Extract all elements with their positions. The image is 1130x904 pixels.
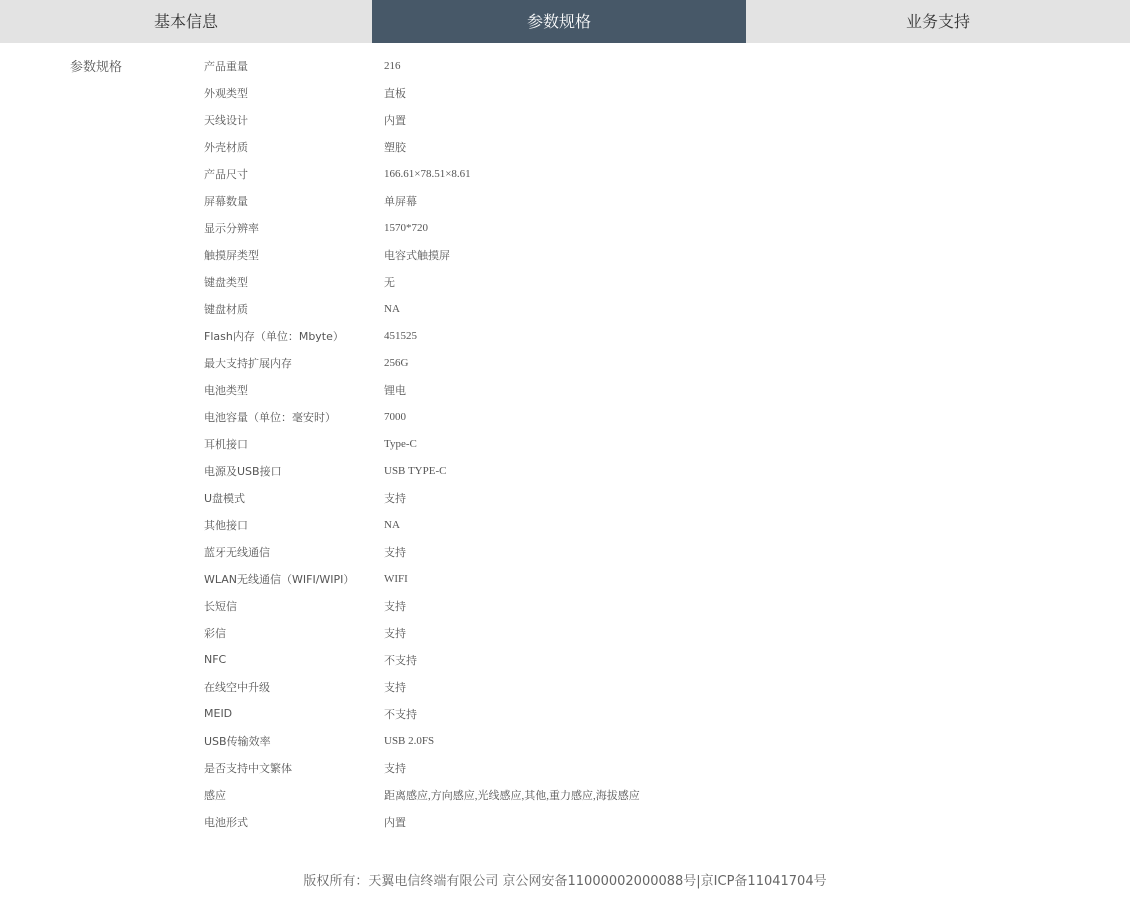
spec-row: 感应距离感应,方向感应,光线感应,其他,重力感应,海拔感应	[204, 781, 640, 808]
spec-key: 是否支持中文繁体	[204, 760, 384, 776]
spec-key: 产品重量	[204, 58, 384, 74]
spec-row: 最大支持扩展内存256G	[204, 349, 640, 376]
spec-key: 最大支持扩展内存	[204, 355, 384, 371]
spec-key: 屏幕数量	[204, 193, 384, 209]
spec-value: 166.61×78.51×8.61	[384, 168, 471, 180]
spec-key: 耳机接口	[204, 436, 384, 452]
spec-row: 是否支持中文繁体支持	[204, 754, 640, 781]
spec-row: 屏幕数量单屏幕	[204, 187, 640, 214]
spec-key: 电池形式	[204, 814, 384, 830]
footer-copyright: 版权所有：天翼电信终端有限公司 京公网安备11000002000088号|京IC…	[0, 870, 1130, 889]
spec-key: 键盘类型	[204, 274, 384, 290]
spec-key: MEID	[204, 707, 384, 720]
spec-row: 天线设计内置	[204, 106, 640, 133]
spec-row: 键盘材质NA	[204, 295, 640, 322]
spec-value: 单屏幕	[384, 193, 417, 209]
spec-value: 支持	[384, 679, 406, 695]
spec-key: 蓝牙无线通信	[204, 544, 384, 560]
spec-value: 内置	[384, 112, 406, 128]
spec-value: USB TYPE-C	[384, 465, 446, 477]
spec-row: 键盘类型无	[204, 268, 640, 295]
spec-value: NA	[384, 519, 400, 531]
spec-row: 外壳材质塑胶	[204, 133, 640, 160]
spec-row: 触摸屏类型电容式触摸屏	[204, 241, 640, 268]
spec-value: 支持	[384, 625, 406, 641]
spec-value: 256G	[384, 357, 408, 369]
spec-row: WLAN无线通信（WIFI/WIPI）WIFI	[204, 565, 640, 592]
spec-key: 在线空中升级	[204, 679, 384, 695]
spec-value: 支持	[384, 598, 406, 614]
spec-key: 长短信	[204, 598, 384, 614]
spec-row: 耳机接口Type-C	[204, 430, 640, 457]
spec-key: 触摸屏类型	[204, 247, 384, 263]
spec-value: 216	[384, 60, 401, 72]
spec-value: 7000	[384, 411, 406, 423]
spec-row: USB传输效率USB 2.0FS	[204, 727, 640, 754]
spec-key: 外壳材质	[204, 139, 384, 155]
spec-key: 外观类型	[204, 85, 384, 101]
spec-row: 电源及USB接口USB TYPE-C	[204, 457, 640, 484]
spec-value: USB 2.0FS	[384, 735, 434, 747]
spec-value: 不支持	[384, 652, 417, 668]
spec-key: U盘模式	[204, 490, 384, 506]
spec-value: WIFI	[384, 573, 408, 585]
spec-row: NFC不支持	[204, 646, 640, 673]
spec-row: 其他接口NA	[204, 511, 640, 538]
spec-value: 直板	[384, 85, 406, 101]
spec-row: 电池类型锂电	[204, 376, 640, 403]
spec-key: 键盘材质	[204, 301, 384, 317]
section-title: 参数规格	[70, 56, 122, 75]
spec-row: 电池容量（单位：毫安时）7000	[204, 403, 640, 430]
spec-value: 支持	[384, 490, 406, 506]
spec-row: 长短信支持	[204, 592, 640, 619]
spec-value: 电容式触摸屏	[384, 247, 450, 263]
spec-value: 1570*720	[384, 222, 428, 234]
spec-value: 距离感应,方向感应,光线感应,其他,重力感应,海拔感应	[384, 787, 640, 803]
spec-key: 天线设计	[204, 112, 384, 128]
spec-row: MEID不支持	[204, 700, 640, 727]
spec-row: U盘模式支持	[204, 484, 640, 511]
tab-basic-info[interactable]: 基本信息	[0, 0, 372, 43]
spec-key: 产品尺寸	[204, 166, 384, 182]
spec-row: 产品重量216	[204, 52, 640, 79]
tab-service-support[interactable]: 业务支持	[746, 0, 1130, 43]
spec-key: NFC	[204, 653, 384, 666]
spec-key: 其他接口	[204, 517, 384, 533]
spec-row: Flash内存（单位：Mbyte）451525	[204, 322, 640, 349]
spec-value: 无	[384, 274, 395, 290]
spec-list: 产品重量216 外观类型直板 天线设计内置 外壳材质塑胶 产品尺寸166.61×…	[204, 52, 640, 835]
spec-value: 不支持	[384, 706, 417, 722]
spec-row: 显示分辨率1570*720	[204, 214, 640, 241]
spec-value: 内置	[384, 814, 406, 830]
spec-row: 彩信支持	[204, 619, 640, 646]
spec-row: 产品尺寸166.61×78.51×8.61	[204, 160, 640, 187]
spec-key: 感应	[204, 787, 384, 803]
spec-value: 支持	[384, 544, 406, 560]
spec-value: NA	[384, 303, 400, 315]
spec-row: 外观类型直板	[204, 79, 640, 106]
tab-bar: 基本信息 参数规格 业务支持	[0, 0, 1130, 43]
spec-row: 蓝牙无线通信支持	[204, 538, 640, 565]
tab-specifications[interactable]: 参数规格	[372, 0, 746, 43]
spec-value: 支持	[384, 760, 406, 776]
spec-value: 451525	[384, 330, 417, 342]
spec-value: 锂电	[384, 382, 406, 398]
spec-key: 电池容量（单位：毫安时）	[204, 409, 384, 425]
spec-key: WLAN无线通信（WIFI/WIPI）	[204, 571, 384, 587]
spec-key: Flash内存（单位：Mbyte）	[204, 328, 384, 344]
spec-key: 显示分辨率	[204, 220, 384, 236]
spec-key: 电源及USB接口	[204, 463, 384, 479]
spec-row: 在线空中升级支持	[204, 673, 640, 700]
spec-key: 电池类型	[204, 382, 384, 398]
spec-row: 电池形式内置	[204, 808, 640, 835]
spec-key: 彩信	[204, 625, 384, 641]
spec-value: 塑胶	[384, 139, 406, 155]
spec-value: Type-C	[384, 438, 417, 450]
spec-key: USB传输效率	[204, 733, 384, 749]
